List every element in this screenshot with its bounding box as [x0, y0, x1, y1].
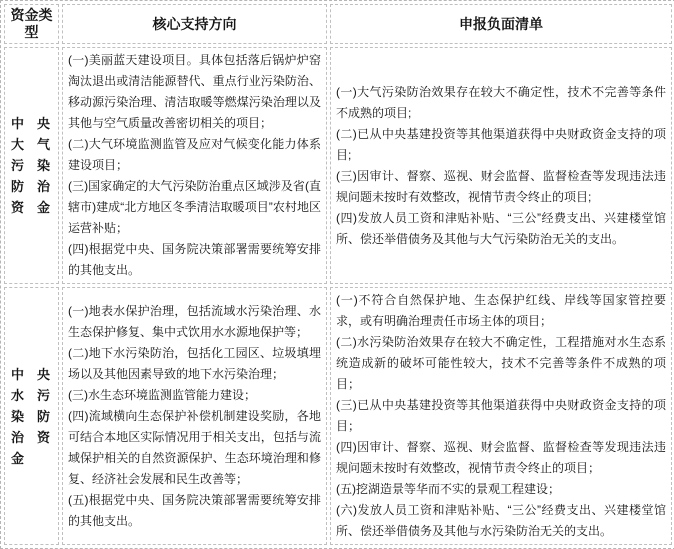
fund-type-cell: 中 央 水 污 染 防 治 资 金 [4, 287, 59, 545]
table-row-air-pollution-fund: 中 央 大 气 污 染 防 治 资 金 (一)美丽蓝天建设项目。具体包括落后锅炉… [4, 47, 672, 284]
support-item: (五)根据党中央、国务院决策部署需要统筹安排的其他支出。 [68, 490, 321, 532]
fund-type-line: 水 污 [11, 385, 56, 406]
support-item: (四)根据党中央、国务院决策部署需要统筹安排的其他支出。 [68, 239, 321, 281]
header-row: 资金类型 核心支持方向 申报负面清单 [4, 4, 672, 44]
fund-type-line: 染 防 [11, 406, 56, 427]
support-item: (三)国家确定的大气污染防治重点区域涉及省(直辖市)建成“北方地区冬季清洁取暖项… [68, 176, 321, 239]
fund-type-line: 金 [11, 448, 56, 469]
fund-type-line: 中 央 [11, 113, 56, 134]
support-item: (二)地下水污染防治，包括化工园区、垃圾填埋场以及其他因素导致的地下水污染治理； [68, 343, 321, 385]
negative-item: (四)发放人员工资和津贴补贴、“三公”经费支出、兴建楼堂馆所、偿还举借债务及其他… [336, 208, 666, 250]
negative-item: (三)因审计、督察、巡视、财会监督、监督检查等发现违法违规问题未按时有效整改，视… [336, 166, 666, 208]
fund-type-cell: 中 央 大 气 污 染 防 治 资 金 [4, 47, 59, 284]
fund-type-line: 大 气 [11, 134, 56, 155]
negative-item: (二)水污染防治效果存在较大不确定性，工程措施对水生态系统造成新的破坏可能性较大… [336, 332, 666, 395]
negative-list-cell: (一)不符合自然保护地、生态保护红线、岸线等国家管控要求，或有明确治理责任市场主… [330, 287, 672, 545]
negative-list-cell: (一)大气污染防治效果存在较大不确定性，技术不完善等条件不成熟的项目; (二)已… [330, 47, 672, 284]
negative-item: (一)大气污染防治效果存在较大不确定性，技术不完善等条件不成熟的项目; [336, 82, 666, 124]
fund-type-line: 中 央 [11, 364, 56, 385]
support-item: (一)地表水保护治理，包括流域水污染治理、水生态保护修复、集中式饮用水水源地保护… [68, 301, 321, 343]
support-direction-cell: (一)地表水保护治理，包括流域水污染治理、水生态保护修复、集中式饮用水水源地保护… [62, 287, 327, 545]
fund-type-line: 防 治 [11, 176, 56, 197]
column-header-support-direction: 核心支持方向 [62, 4, 327, 44]
column-header-fund-type: 资金类型 [4, 4, 59, 44]
support-item: (三)水生态环境监测监管能力建设； [68, 385, 321, 406]
negative-item: (一)不符合自然保护地、生态保护红线、岸线等国家管控要求，或有明确治理责任市场主… [336, 290, 666, 332]
support-item: (四)流域横向生态保护补偿机制建设奖励，各地可结合本地区实际情况用于相关支出，包… [68, 406, 321, 490]
negative-item: (二)已从中央基建投资等其他渠道获得中央财政资金支持的项目; [336, 124, 666, 166]
fund-type-line: 治 资 [11, 427, 56, 448]
negative-item: (三)已从中央基建投资等其他渠道获得中央财政资金支持的项目； [336, 395, 666, 437]
support-direction-cell: (一)美丽蓝天建设项目。具体包括落后锅炉炉窑淘汰退出或清洁能源替代、重点行业污染… [62, 47, 327, 284]
column-header-negative-list: 申报负面清单 [330, 4, 672, 44]
fund-type-line: 资 金 [11, 197, 56, 218]
support-item: (一)美丽蓝天建设项目。具体包括落后锅炉炉窑淘汰退出或清洁能源替代、重点行业污染… [68, 50, 321, 134]
negative-item: (四)因审计、督察、巡视、财会监督、监督检查等发现违法违规问题未按时有效整改，视… [336, 437, 666, 479]
fund-type-line: 污 染 [11, 155, 56, 176]
negative-item: (五)挖湖造景等华而不实的景观工程建设； [336, 479, 666, 500]
fund-policy-table: 资金类型 核心支持方向 申报负面清单 中 央 大 气 污 染 防 治 资 金 (… [0, 0, 674, 549]
table-row-water-pollution-fund: 中 央 水 污 染 防 治 资 金 (一)地表水保护治理，包括流域水污染治理、水… [4, 287, 672, 545]
negative-item: (六)发放人员工资和津贴补贴、“三公”经费支出、兴建楼堂馆所、偿还举借债务及其他… [336, 500, 666, 542]
support-item: (二)大气环境监测监管及应对气候变化能力体系建设项目； [68, 134, 321, 176]
